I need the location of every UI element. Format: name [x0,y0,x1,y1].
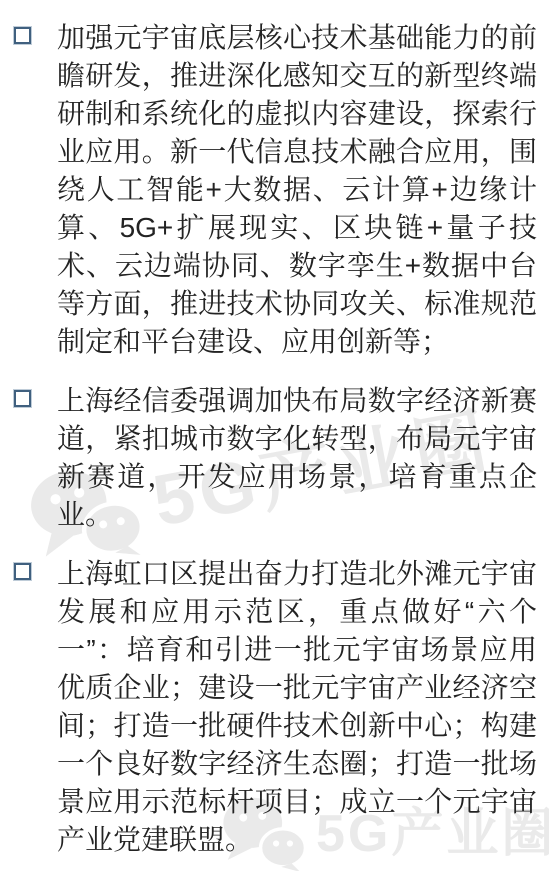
square-bullet-icon [14,390,31,407]
document-body: 加强元宇宙底层核心技术基础能力的前瞻研发，推进深化感知交互的新型终端研制和系统化… [0,0,549,859]
paragraph-text: 加强元宇宙底层核心技术基础能力的前瞻研发，推进深化感知交互的新型终端研制和系统化… [57,19,537,361]
list-item: 加强元宇宙底层核心技术基础能力的前瞻研发，推进深化感知交互的新型终端研制和系统化… [14,19,537,361]
list-item: 上海虹口区提出奋力打造北外滩元宇宙发展和应用示范区，重点做好“六个一”：培育和引… [14,555,537,859]
paragraph-text: 上海虹口区提出奋力打造北外滩元宇宙发展和应用示范区，重点做好“六个一”：培育和引… [57,555,537,859]
square-bullet-icon [14,563,31,580]
list-item: 上海经信委强调加快布局数字经济新赛道，紧扣城市数字化转型，布局元宇宙新赛道，开发… [14,382,537,534]
paragraph-text: 上海经信委强调加快布局数字经济新赛道，紧扣城市数字化转型，布局元宇宙新赛道，开发… [57,382,537,534]
square-bullet-icon [14,27,31,44]
